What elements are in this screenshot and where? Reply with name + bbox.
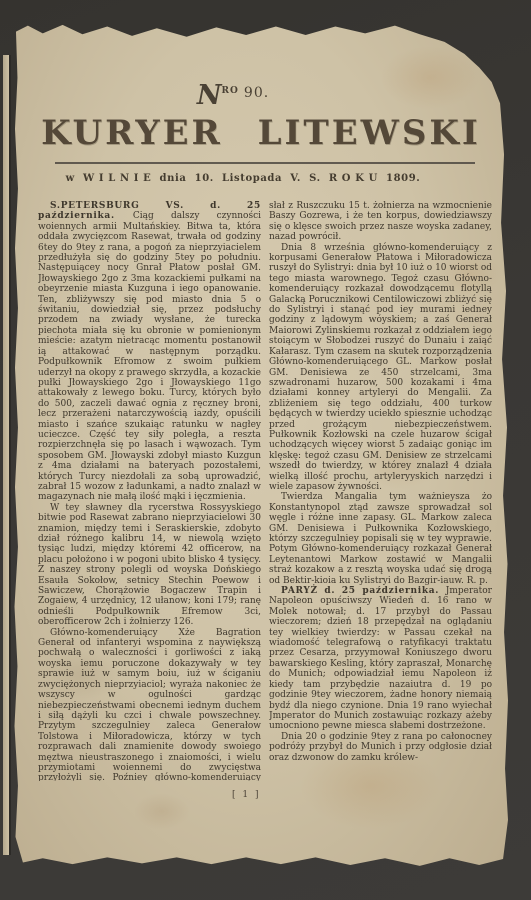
paragraph: S.PETERSBURG VS. d. 25 października. Cią… bbox=[38, 201, 261, 503]
paragraph: PARYŻ d. 25 października. Jmperator Napo… bbox=[269, 586, 492, 732]
issue-number-letter: N bbox=[197, 80, 222, 111]
paragraph: Dnia 8 września główno-komenderuiący z k… bbox=[269, 243, 492, 493]
newspaper-title: KURYER LITEWSKI bbox=[13, 113, 509, 153]
underlying-page-edge bbox=[3, 55, 11, 855]
column-left: S.PETERSBURG VS. d. 25 października. Cią… bbox=[38, 201, 261, 781]
masthead-rule bbox=[55, 162, 475, 164]
masthead: NRO 90. KURYER LITEWSKI w W I L N I E dn… bbox=[13, 18, 509, 184]
paragraph: słał z Ruszczuku 15 t. żołnierza na wzmo… bbox=[269, 201, 492, 243]
issue-number-value: 90. bbox=[244, 85, 269, 101]
article-columns: S.PETERSBURG VS. d. 25 października. Cią… bbox=[13, 184, 509, 782]
paragraph-lead: PARYŻ d. 25 października. bbox=[281, 586, 446, 596]
paragraph: Twierdza Mangalia tym ważnieysza żo Kons… bbox=[269, 492, 492, 586]
paragraph-lead: S.PETERSBURG VS. d. 25 października. bbox=[38, 201, 261, 221]
paragraph: Główno-komenderuiący Xże Bagration Gener… bbox=[38, 628, 261, 781]
newspaper-page: NRO 90. KURYER LITEWSKI w W I L N I E dn… bbox=[13, 18, 509, 871]
issue-number-superscript: RO bbox=[222, 86, 239, 96]
column-right: słał z Ruszczuku 15 t. żołnierza na wzmo… bbox=[269, 201, 492, 781]
paragraph: Dnia 20 o godzinie 9tey z rana po całono… bbox=[269, 732, 492, 763]
dateline: w W I L N I E dnia 10. Listopada V. S. R… bbox=[0, 173, 491, 184]
signature-mark: [ 1 ] bbox=[232, 790, 260, 800]
paragraph: W tey sławney dla rycerstwa Rossyyskiego… bbox=[38, 503, 261, 628]
issue-number: NRO 90. bbox=[0, 80, 481, 111]
